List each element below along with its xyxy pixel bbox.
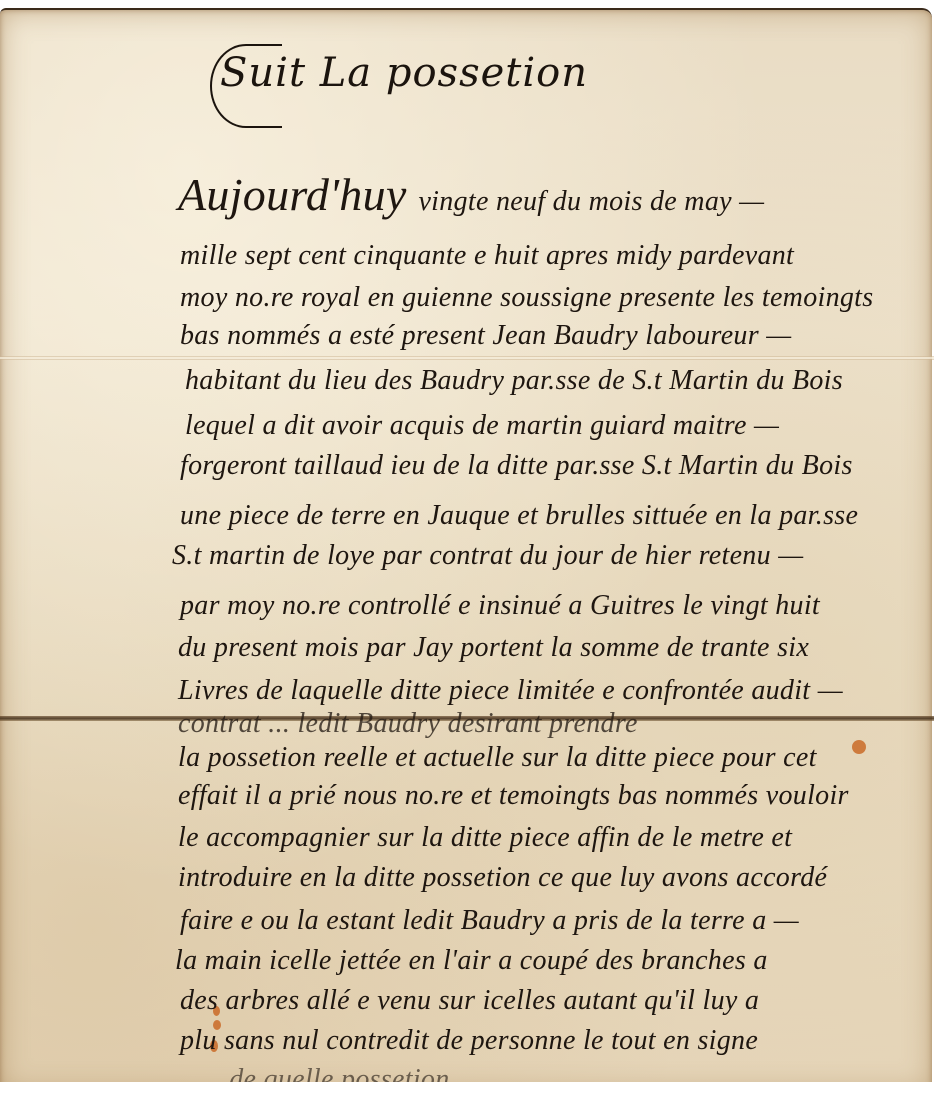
opening-line-rest: vingte neuf du mois de may — — [418, 186, 764, 217]
manuscript-line: Livres de laquelle ditte piece limitée e… — [178, 675, 843, 707]
manuscript-line: Aujourd'huy vingte neuf du mois de may — — [178, 168, 764, 221]
manuscript-line: bas nommés a esté present Jean Baudry la… — [180, 320, 791, 352]
manuscript-line: lequel a dit avoir acquis de martin guia… — [185, 410, 779, 442]
manuscript-line: mille sept cent cinquante e huit apres m… — [180, 240, 794, 272]
manuscript-line: le accompagnier sur la ditte piece affin… — [178, 822, 792, 854]
manuscript-body: Aujourd'huy vingte neuf du mois de may —… — [0, 0, 934, 1102]
manuscript-line: du present mois par Jay portent la somme… — [178, 632, 809, 664]
manuscript-line: la main icelle jettée en l'air a coupé d… — [175, 945, 768, 977]
manuscript-line: forgeront taillaud ieu de la ditte par.s… — [180, 450, 853, 482]
manuscript-line: des arbres allé e venu sur icelles autan… — [180, 985, 759, 1017]
manuscript-line: faire e ou la estant ledit Baudry a pris… — [180, 905, 799, 937]
manuscript-line: effait il a prié nous no.re et temoingts… — [178, 780, 849, 812]
manuscript-line: moy no.re royal en guienne soussigne pre… — [180, 282, 873, 314]
opening-word: Aujourd'huy — [178, 169, 407, 220]
torn-bottom-edge — [0, 1082, 934, 1102]
manuscript-line: par moy no.re controllé e insinué a Guit… — [180, 590, 820, 622]
manuscript-line: contrat ... ledit Baudry desirant prendr… — [178, 708, 638, 740]
manuscript-line: plu sans nul contredit de personne le to… — [180, 1025, 758, 1057]
manuscript-line: introduire en la ditte possetion ce que … — [178, 862, 827, 894]
manuscript-line: habitant du lieu des Baudry par.sse de S… — [185, 365, 843, 397]
manuscript-line: la possetion reelle et actuelle sur la d… — [178, 742, 817, 774]
manuscript-line: S.t martin de loye par contrat du jour d… — [172, 540, 803, 572]
manuscript-line: une piece de terre en Jauque et brulles … — [180, 500, 858, 532]
